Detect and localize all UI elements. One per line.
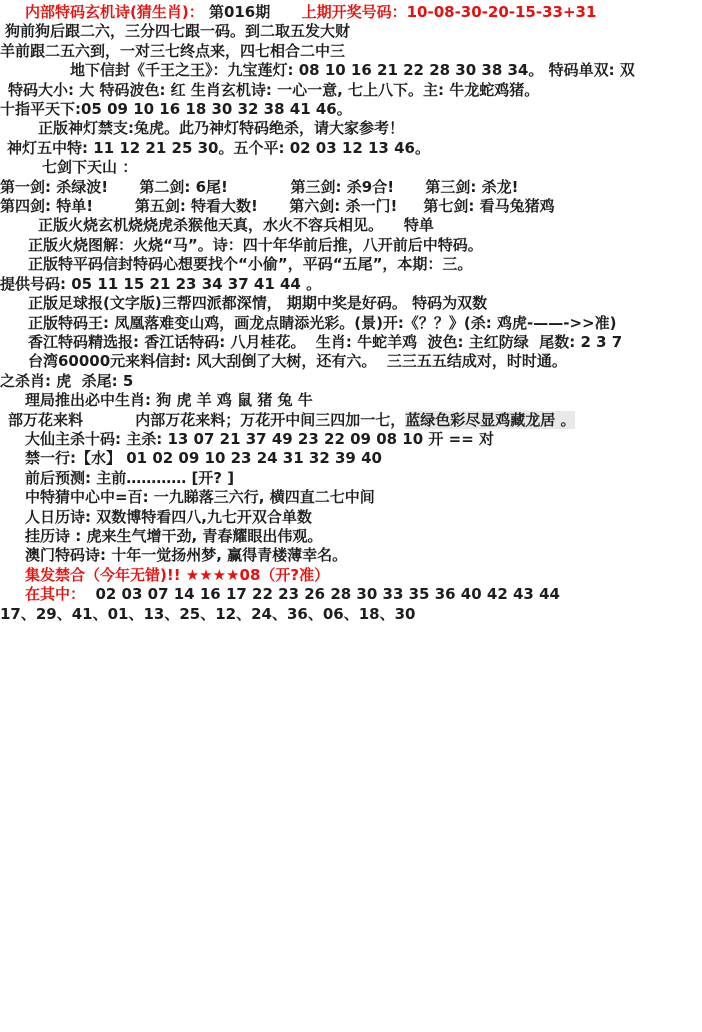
wanhua-lailiao-line: 部万花来料 内部万花来料；万花开中间三四加一七，蓝绿色彩尽显鸡藏龙居 。 (0, 411, 702, 430)
text-segment: 人日历诗: 双数博特看四八,九七开双合单数 (25, 508, 312, 526)
text-lines: 内部特码玄机诗(猜生肖)： 第016期 上期开奖号码：10-08-30-20-1… (0, 3, 702, 624)
text-segment: 第016期 (209, 3, 270, 21)
text-segment: 内部特码玄机诗(猜生肖)： (25, 3, 209, 21)
renri-lishi-line: 人日历诗: 双数博特看四八,九七开双合单数 (0, 508, 702, 527)
text-segment: 正版特平码信封特码心想要找个“小偷”，平码“五尾”，本期：三。 (28, 255, 472, 273)
text-segment: 禁一行:【水】 01 02 09 10 23 24 31 32 39 40 (25, 449, 382, 467)
huoshao-tujie-line: 正版火烧图解：火烧“马”。诗：四十年华前后推，八开前后中特码。 (0, 236, 702, 255)
qijian-row-1: 第一剑: 杀绿波! 第二剑: 6尾! 第三剑: 杀9合! 第三剑: 杀龙! (0, 178, 702, 197)
temawang-line: 正版特码王: 凤凰落难变山鸡，画龙点睛添光彩。(景)开:《？？》(杀: 鸡虎-—… (0, 314, 702, 333)
tigong-haoma-line: 提供号码: 05 11 15 21 23 34 37 41 44 。 (0, 275, 702, 294)
text-segment: 在其中： (25, 585, 85, 603)
shendeng-jinzhi-line: 正版神灯禁支:兔虎。此乃神灯特码绝杀，请大家参考！ (0, 119, 702, 138)
text-segment: 地下信封《千王之王》：九宝莲灯: 08 10 16 21 22 28 30 38… (70, 61, 635, 79)
text-segment: 七剑下天山 ： (42, 158, 137, 176)
tepingma-xinfeng-line: 正版特平码信封特码心想要找个“小偷”，平码“五尾”，本期：三。 (0, 255, 702, 274)
huoshao-xuanji-line: 正版火烧玄机烧烧虎杀猴他天真，水火不容兵相见。 特单 (0, 216, 702, 235)
text-segment: 特码大小: 大 特码波色: 红 生肖玄机诗: 一心一意, 七上八下。主: 牛龙蛇… (8, 81, 539, 99)
shendeng-wuzhongte-line: 神灯五中特: 11 12 21 25 30。五个平: 02 03 12 13 4… (0, 139, 702, 158)
text-segment: 中特猜中心中=百: 一九睇落三六行, 横四直二七中间 (25, 488, 375, 506)
text-segment: 第四剑: 特单! 第五剑: 特看大数! 第六剑: 杀一门! 第七剑: 看马兔猪鸡 (0, 197, 555, 215)
text-segment (270, 3, 301, 21)
text-segment: 狗前狗后跟二六，三分四七跟一码。到二取五发大财 (5, 22, 350, 40)
poem-line-1: 狗前狗后跟二六，三分四七跟一码。到二取五发大财 (0, 22, 702, 41)
jifa-jinhe-line: 集发禁合（今年无错)!! ★★★★08（开?准） (0, 566, 702, 585)
text-segment: 大仙主杀十码: 主杀: 13 07 21 37 49 23 22 09 08 1… (25, 430, 494, 448)
text-segment: 香江特码精选报: 香江话特码: 八月桂花。 生肖: 牛蛇羊鸡 波色: 主红防绿 … (28, 333, 622, 351)
text-segment: 之杀肖: 虎 杀尾: 5 (0, 372, 133, 390)
aomen-tema-shi-line: 澳门特码诗: 十年一觉扬州梦, 赢得青楼薄幸名。 (0, 546, 702, 565)
dixia-xinfeng-line: 地下信封《千王之王》：九宝莲灯: 08 10 16 21 22 28 30 38… (0, 61, 702, 80)
header-line: 内部特码玄机诗(猜生肖)： 第016期 上期开奖号码：10-08-30-20-1… (0, 3, 702, 22)
text-segment: 17、29、41、01、13、25、12、24、36、06、18、30 (0, 605, 416, 623)
liju-shengxiao-line: 理局推出必中生肖: 狗 虎 羊 鸡 鼠 猪 兔 牛 (0, 391, 702, 410)
footer-numbers-line: 17、29、41、01、13、25、12、24、36、06、18、30 (0, 605, 702, 624)
text-segment: 挂历诗 : 虎来生气增干劲, 青春耀眼出伟观。 (25, 527, 322, 545)
text-segment: 澳门特码诗: 十年一觉扬州梦, 赢得青楼薄幸名。 (25, 546, 347, 564)
zuqiubao-line: 正版足球报(文字版)三帮四派都深情， 期期中奖是好码。 特码为双数 (0, 294, 702, 313)
text-segment: 理局推出必中生肖: 狗 虎 羊 鸡 鼠 猪 兔 牛 (25, 391, 313, 409)
text-segment: 正版火烧玄机烧烧虎杀猴他天真，水火不容兵相见。 特单 (38, 216, 434, 234)
text-segment: 正版足球报(文字版)三帮四派都深情， 期期中奖是好码。 特码为双数 (28, 294, 487, 312)
tema-daxiao-line: 特码大小: 大 特码波色: 红 生肖玄机诗: 一心一意, 七上八下。主: 牛龙蛇… (0, 81, 702, 100)
zhongte-cai-line: 中特猜中心中=百: 一九睇落三六行, 横四直二七中间 (0, 488, 702, 507)
text-segment: 集发禁合（今年无错)!! ★★★★08（开?准） (25, 566, 329, 584)
jinyihang-line: 禁一行:【水】 01 02 09 10 23 24 31 32 39 40 (0, 449, 702, 468)
zaiqizhong-line: 在其中： 02 03 07 14 16 17 22 23 26 28 30 33… (0, 585, 702, 604)
text-segment: 02 03 07 14 16 17 22 23 26 28 30 33 35 3… (85, 585, 560, 603)
text-segment: 上期开奖号码：10-08-30-20-15-33+31 (302, 3, 597, 21)
lottery-tip-sheet: 内部特码玄机诗(猜生肖)： 第016期 上期开奖号码：10-08-30-20-1… (0, 0, 702, 1032)
text-segment: 部万花来料 内部万花来料；万花开中间三四加一七， (8, 411, 405, 429)
text-segment: 提供号码: 05 11 15 21 23 34 37 41 44 。 (0, 275, 321, 293)
daxian-zhusha-line: 大仙主杀十码: 主杀: 13 07 21 37 49 23 22 09 08 1… (0, 430, 702, 449)
text-segment: 羊前跟二五六到，一对三七终点来，四七相合二中三 (0, 42, 345, 60)
text-segment: 第一剑: 杀绿波! 第二剑: 6尾! 第三剑: 杀9合! 第三剑: 杀龙! (0, 178, 518, 196)
qianhou-yuce-line: 前后预测: 主前………… [开? ] (0, 469, 702, 488)
qijian-row-2: 第四剑: 特单! 第五剑: 特看大数! 第六剑: 杀一门! 第七剑: 看马兔猪鸡 (0, 197, 702, 216)
text-segment: 神灯五中特: 11 12 21 25 30。五个平: 02 03 12 13 4… (7, 139, 430, 157)
xiangjiang-line: 香江特码精选报: 香江话特码: 八月桂花。 生肖: 牛蛇羊鸡 波色: 主红防绿 … (0, 333, 702, 352)
taiwan-xinfeng-line: 台湾60000元来料信封: 风大刮倒了大树，还有六。 三三五五结成对，时时通。 (0, 352, 702, 371)
text-segment: 台湾60000元来料信封: 风大刮倒了大树，还有六。 三三五五结成对，时时通。 (28, 352, 567, 370)
text-segment: 正版火烧图解：火烧“马”。诗：四十年华前后推，八开前后中特码。 (28, 236, 483, 254)
guali-shi-line: 挂历诗 : 虎来生气增干劲, 青春耀眼出伟观。 (0, 527, 702, 546)
text-segment: 正版神灯禁支:兔虎。此乃神灯特码绝杀，请大家参考！ (38, 119, 404, 137)
qijian-title-line: 七剑下天山 ： (0, 158, 702, 177)
poem-line-2: 羊前跟二五六到，一对三七终点来，四七相合二中三 (0, 42, 702, 61)
text-segment: 蓝绿色彩尽显鸡藏龙居 。 (405, 411, 575, 429)
shaxiao-line: 之杀肖: 虎 杀尾: 5 (0, 372, 702, 391)
shizhi-pingtianxia-line: 十指平天下:05 09 10 16 18 30 32 38 41 46。 (0, 100, 702, 119)
text-segment: 正版特码王: 凤凰落难变山鸡，画龙点睛添光彩。(景)开:《？？》(杀: 鸡虎-—… (28, 314, 616, 332)
text-segment: 十指平天下:05 09 10 16 18 30 32 38 41 46。 (0, 100, 352, 118)
text-segment: 前后预测: 主前………… [开? ] (25, 469, 234, 487)
